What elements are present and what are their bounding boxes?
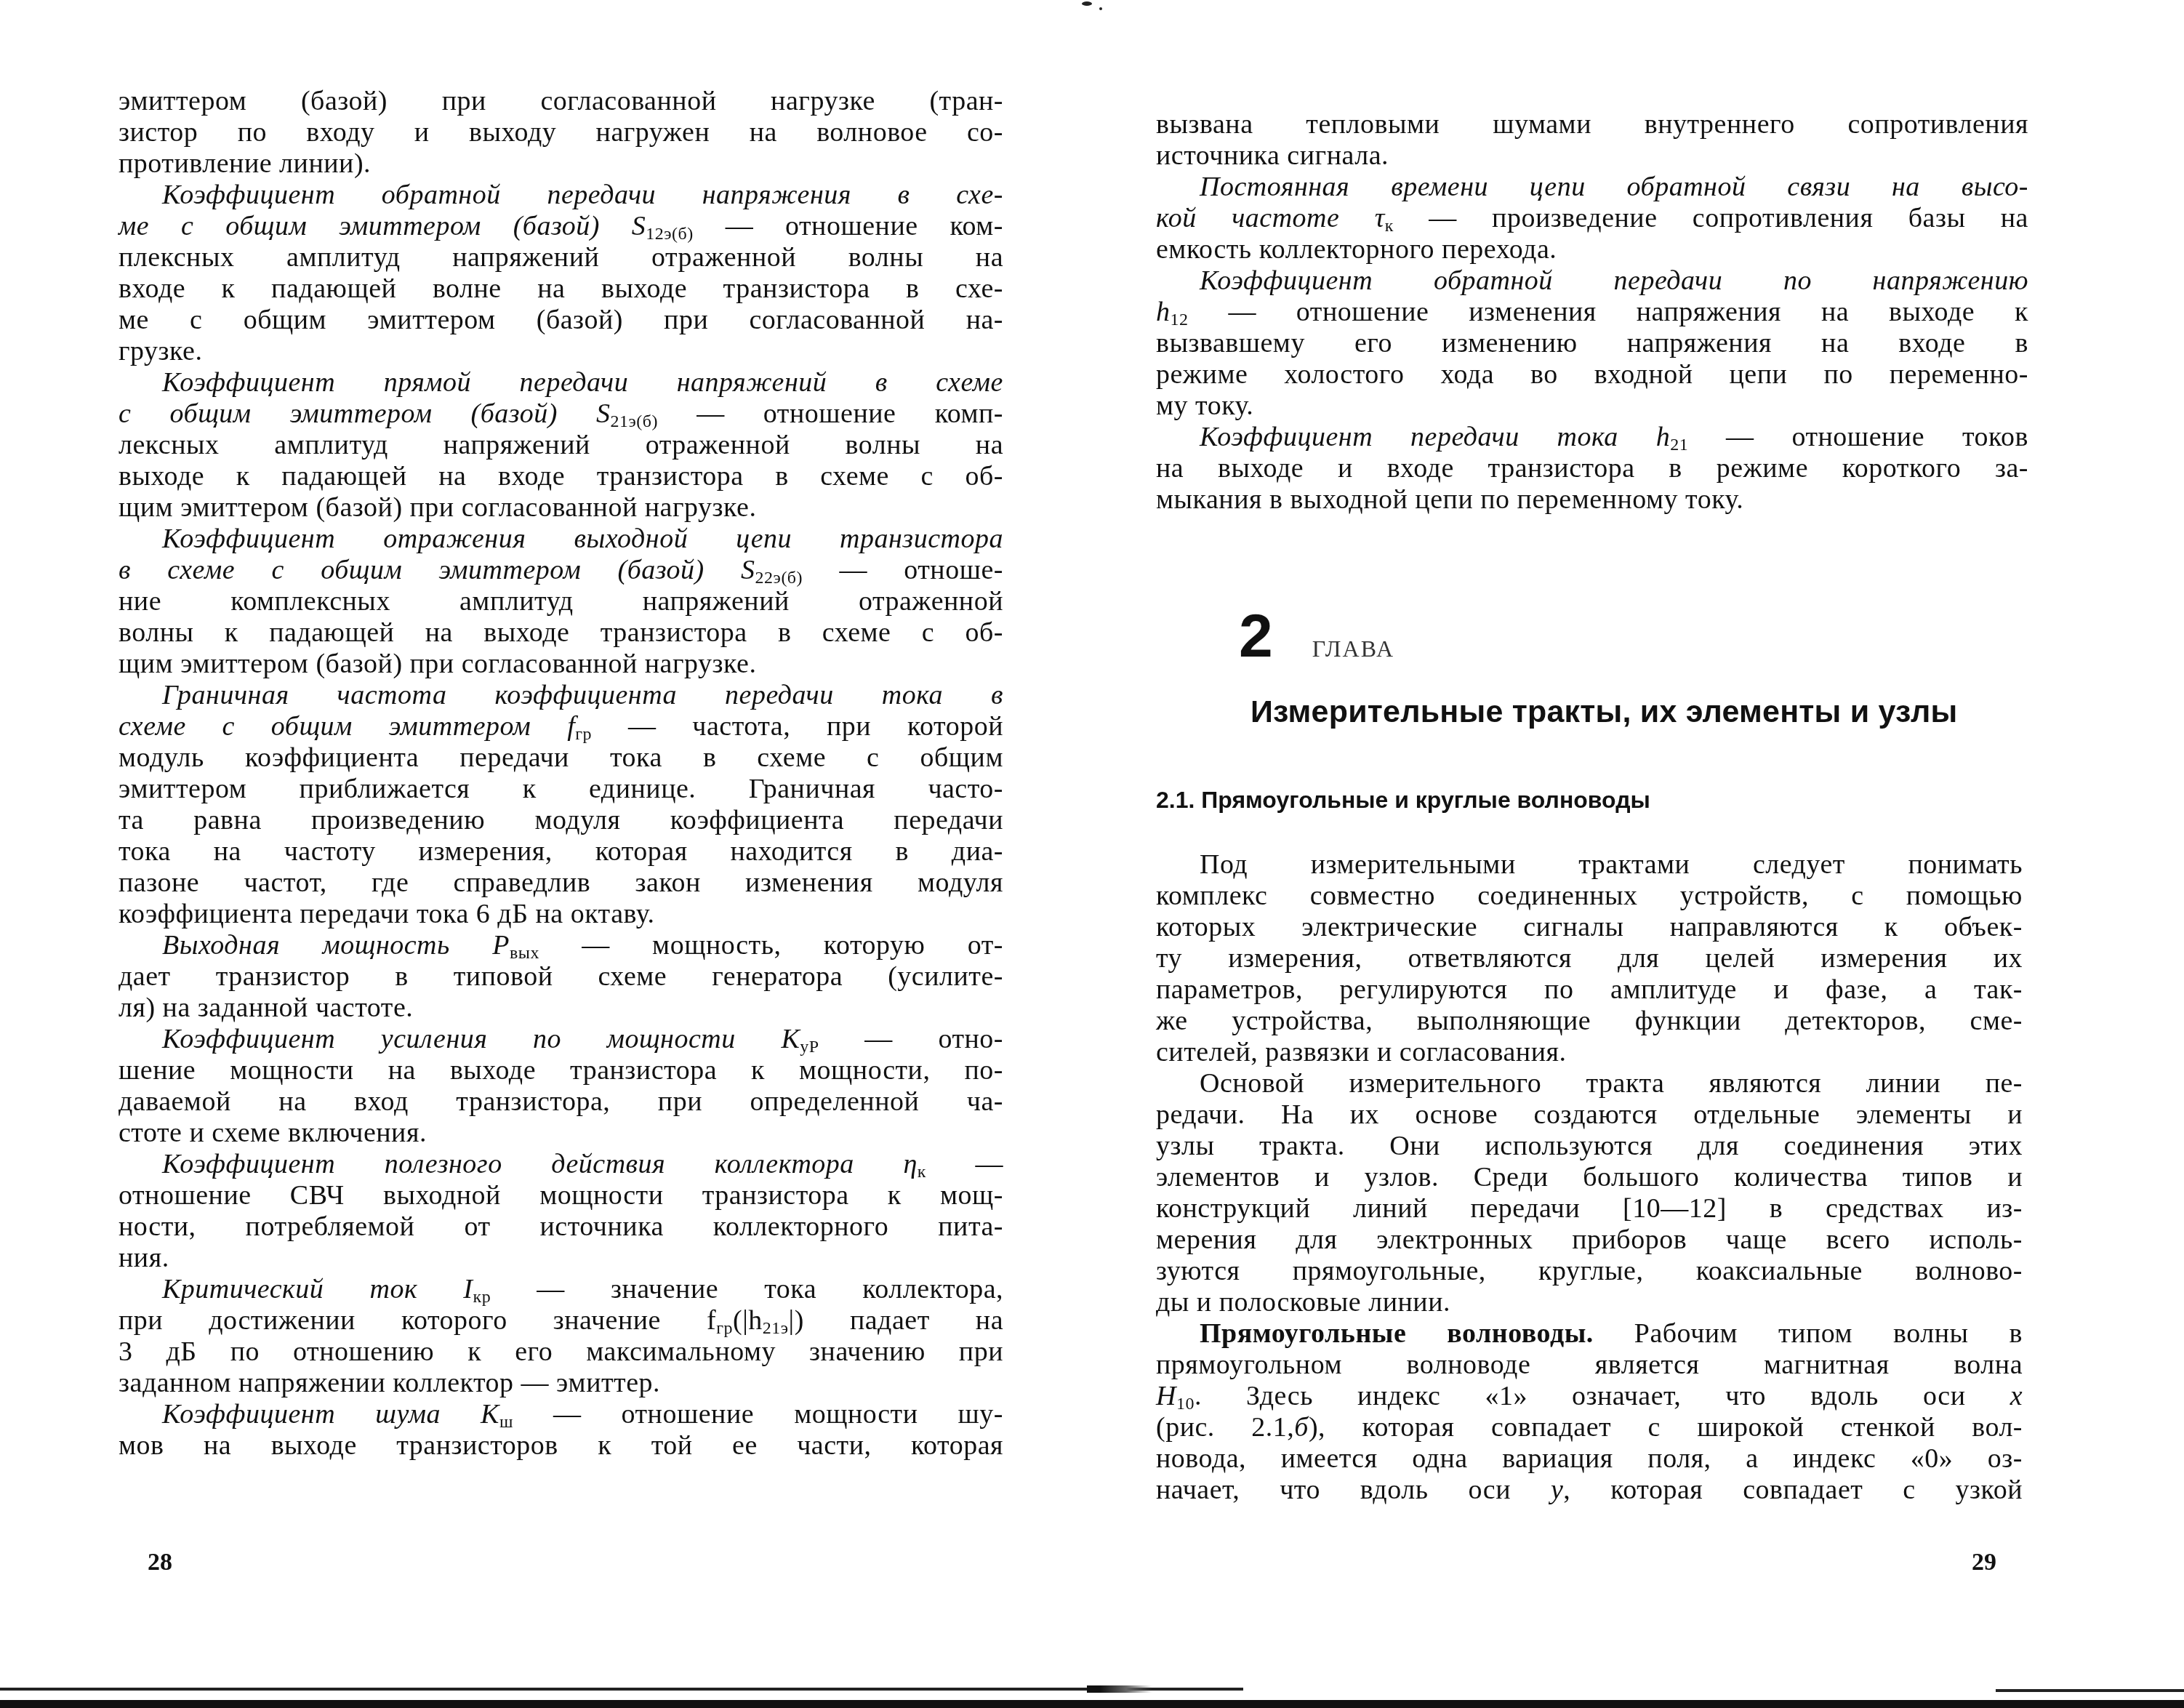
text-line: выходе к падающей на входе транзистора в… (119, 461, 1003, 492)
line-text: — произведение сопротивления базы на (1394, 203, 2028, 233)
line-text: эмиттером приближается к единице. Гранич… (119, 774, 1003, 804)
text-line: ту измерения, ответвляются для целей изм… (1156, 943, 2023, 974)
paragraph: вызвана тепловыми шумами внутреннего соп… (1156, 109, 2028, 172)
line-text: щим эмиттером (базой) при согласованной … (119, 649, 756, 679)
line-text: волны к падающей на выходе транзистора в… (119, 617, 1003, 648)
scan-edge-shadow (0, 1688, 1243, 1691)
text-line: в схеме с общим эмиттером (базой) S22э(б… (119, 555, 1003, 586)
text-line: щим эмиттером (базой) при согласованной … (119, 649, 1003, 680)
paragraph: Коэффициент полезного действия коллектор… (119, 1149, 1003, 1274)
line-text: входе к падающей волне на выходе транзис… (119, 273, 1003, 304)
text-line: эмиттером (базой) при согласованной нагр… (119, 86, 1003, 117)
subscript: 12э(б) (646, 225, 694, 244)
subscript: 21э (763, 1319, 789, 1338)
paragraph: Коэффициент прямой передачи напряжений в… (119, 367, 1003, 524)
line-text: комплекс совместно соединенных устройств… (1156, 881, 2023, 911)
text-line: противление линии). (119, 148, 1003, 180)
right-page-body-text: Под измерительными трактами следует пони… (1156, 849, 2023, 1506)
line-text: ту измерения, ответвляются для целей изм… (1156, 943, 2023, 974)
scan-bottom-border (0, 1700, 2184, 1708)
text-line: схеме с общим эмиттером fгр — частота, п… (119, 711, 1003, 742)
text-line: ме с общим эмиттером (базой) при согласо… (119, 305, 1003, 336)
subscript: 22э(б) (755, 569, 803, 588)
paragraph: Прямоугольные волноводы. Рабочим типом в… (1156, 1318, 2023, 1506)
scan-artifact (1087, 1685, 1152, 1693)
text-line: прямоугольном волноводе является магнитн… (1156, 1350, 2023, 1381)
term-italic: Критический ток I (162, 1274, 473, 1304)
text-line: пазоне частот, где справедлив закон изме… (119, 867, 1003, 899)
line-text: тока на частоту измерения, которая наход… (119, 836, 1003, 867)
text-line: режиме холостого хода во входной цепи по… (1156, 359, 2028, 390)
subscript: вых (510, 944, 539, 963)
text-line: вызвана тепловыми шумами внутреннего соп… (1156, 109, 2028, 140)
text-line: Коэффициент шума Kш — отношение мощности… (119, 1399, 1003, 1430)
page-number-left: 28 (148, 1549, 172, 1576)
text-line: мерения для электронных приборов чаще вс… (1156, 1224, 2023, 1256)
text-line: узлы тракта. Они используются для соедин… (1156, 1131, 2023, 1162)
line-text: режиме холостого хода во входной цепи по… (1156, 359, 2028, 390)
line-text: шение мощности на выходе транзистора к м… (119, 1055, 1003, 1086)
text-line: (рис. 2.1,б), которая совпадает с широко… (1156, 1412, 2023, 1443)
text-line: емкость коллекторного перехода. (1156, 234, 2028, 265)
line-text: ме с общим эмиттером (базой) при согласо… (119, 305, 1003, 335)
text-line: начает, что вдоль оси y, которая совпада… (1156, 1475, 2023, 1506)
line-text: лексных амплитуд напряжений отраженной в… (119, 430, 1003, 460)
subscript: ш (499, 1413, 513, 1432)
paragraph: Постоянная времени цепи обратной связи н… (1156, 172, 2028, 265)
chapter-number: 2 (1239, 605, 1273, 666)
line-text: щим эмиттером (базой) при согласованной … (119, 492, 756, 523)
text-line: ля) на заданной частоте. (119, 993, 1003, 1024)
term-italic: Коэффициент усиления по мощности K (162, 1024, 800, 1054)
line-text: — отношение токов (1688, 422, 2028, 452)
text-line: редачи. На их основе создаются отдельные… (1156, 1099, 2023, 1131)
term-italic: Коэффициент обратной передачи напряжения… (162, 180, 1003, 210)
term-italic: Коэффициент передачи тока h (1200, 422, 1670, 452)
text-line: Выходная мощность Pвых — мощность, котор… (119, 930, 1003, 961)
line-text: узлы тракта. Они используются для соедин… (1156, 1131, 2023, 1161)
text-line: лексных амплитуд напряжений отраженной в… (119, 430, 1003, 461)
text-line: Коэффициент передачи тока h21 — отношени… (1156, 422, 2028, 453)
line-text: дает транзистор в типовой схеме генерато… (119, 961, 1003, 992)
page-number-right: 29 (1972, 1549, 1996, 1576)
subscript: к (1385, 217, 1394, 236)
line-text: — отношение мощности шу- (513, 1399, 1003, 1430)
text-line: h12 — отношение изменения напряжения на … (1156, 297, 2028, 328)
line-text: же устройства, выполняющие функции детек… (1156, 1006, 2023, 1036)
term-italic: Коэффициент прямой передачи напряжений в… (162, 367, 1003, 398)
line-text: начает, что вдоль оси (1156, 1475, 1551, 1505)
subscript: кр (473, 1288, 491, 1307)
text-line: при достижении которого значение fгр(|h2… (119, 1305, 1003, 1336)
line-text: — отношение ком- (694, 211, 1003, 241)
text-line: H10. Здесь индекс «1» означает, что вдол… (1156, 1381, 2023, 1412)
line-text: выходе к падающей на входе транзистора в… (119, 461, 1003, 492)
line-text: — отноше- (803, 555, 1003, 585)
paragraph: Коэффициент отражения выходной цепи тран… (119, 524, 1003, 680)
chapter-label: ГЛАВА (1312, 636, 1394, 662)
section-title: 2.1. Прямоугольные и круглые волноводы (1156, 787, 1650, 814)
paragraph: Под измерительными трактами следует пони… (1156, 849, 2023, 1068)
term-italic: кой частоте τ (1156, 203, 1385, 233)
text-line: которых электрические сигналы направляют… (1156, 912, 2023, 943)
paragraph: Коэффициент передачи тока h21 — отношени… (1156, 422, 2028, 516)
line-text: пазоне частот, где справедлив закон изме… (119, 867, 1003, 898)
text-line: отношение СВЧ выходной мощности транзист… (119, 1180, 1003, 1211)
paragraph: Коэффициент усиления по мощности KуP — о… (119, 1024, 1003, 1149)
line-text: — отношение комп- (658, 398, 1003, 429)
line-text: коэффициента передачи тока 6 дБ на октав… (119, 899, 654, 929)
chapter-heading: 2 ГЛАВА (1239, 605, 1394, 666)
paragraph: Основой измерительного тракта являются л… (1156, 1068, 2023, 1318)
text-line: на выходе и входе транзистора в режиме к… (1156, 453, 2028, 484)
text-line: параметров, регулируются по амплитуде и … (1156, 974, 2023, 1006)
text-line: мыкания в выходной цепи по переменному т… (1156, 484, 2028, 516)
term-italic: с общим эмиттером (базой) S (119, 398, 611, 429)
term-italic: ме с общим эмиттером (базой) S (119, 211, 646, 241)
line-text: модуль коэффициента передачи тока в схем… (119, 742, 1003, 773)
line-text: Рабочим типом волны в (1594, 1318, 2023, 1349)
text-line: ние комплексных амплитуд напряжений отра… (119, 586, 1003, 617)
line-text: мерения для электронных приборов чаще вс… (1156, 1224, 2023, 1255)
text-line: ме с общим эмиттером (базой) S12э(б) — о… (119, 211, 1003, 242)
line-text: Основой измерительного тракта являются л… (1200, 1068, 2023, 1099)
line-text: конструкций линий передачи [10—12] в сре… (1156, 1193, 2023, 1224)
text-line: ды и полосковые линии. (1156, 1287, 2023, 1318)
text-line: дает транзистор в типовой схеме генерато… (119, 961, 1003, 993)
text-line: Коэффициент обратной передачи напряжения… (119, 180, 1003, 211)
text-line: Коэффициент обратной передачи по напряже… (1156, 265, 2028, 297)
line-text: 3 дБ по отношению к его максимальному зн… (119, 1336, 1003, 1367)
line-text: Под измерительными трактами следует пони… (1200, 849, 2023, 880)
subscript: 21э(б) (611, 412, 659, 431)
text-line: же устройства, выполняющие функции детек… (1156, 1006, 2023, 1037)
text-line: стоте и схеме включения. (119, 1118, 1003, 1149)
text-line: зуются прямоугольные, круглые, коаксиаль… (1156, 1256, 2023, 1287)
line-text: заданном напряжении коллектор — эмиттер. (119, 1368, 660, 1398)
line-text: — мощность, которую от- (539, 930, 1003, 961)
line-text: . Здесь индекс «1» означает, что вдоль о… (1195, 1381, 2010, 1411)
right-page: вызвана тепловыми шумами внутреннего соп… (1091, 0, 2184, 1708)
line-text: на выходе и входе транзистора в режиме к… (1156, 453, 2028, 484)
text-line: заданном напряжении коллектор — эмиттер. (119, 1368, 1003, 1399)
text-line: волны к падающей на выходе транзистора в… (119, 617, 1003, 649)
line-text: |) падает на (789, 1305, 1003, 1336)
line-text: плексных амплитуд напряжений отраженной … (119, 242, 1003, 273)
text-line: грузке. (119, 336, 1003, 367)
paragraph: Граничная частота коэффициента передачи … (119, 680, 1003, 930)
line-text: — отно- (819, 1024, 1003, 1054)
text-line: та равна произведению модуля коэффициент… (119, 805, 1003, 836)
line-text: новода, имеется одна вариация поля, а ин… (1156, 1443, 2023, 1474)
subscript: 21 (1670, 436, 1688, 454)
term-italic: Граничная частота коэффициента передачи … (162, 680, 1003, 710)
text-line: Коэффициент полезного действия коллектор… (119, 1149, 1003, 1180)
line-text: — значение тока коллектора, (491, 1274, 1003, 1304)
line-text: — (926, 1149, 1003, 1179)
text-line: тока на частоту измерения, которая наход… (119, 836, 1003, 867)
line-text: источника сигнала. (1156, 140, 1389, 171)
line-text: ности, потребляемой от источника коллект… (119, 1211, 1003, 1242)
text-line: кой частоте τк — произведение сопротивле… (1156, 203, 2028, 234)
line-text: — частота, при которой (592, 711, 1003, 742)
line-text: стоте и схеме включения. (119, 1118, 427, 1148)
line-text: , которая совпадает с узкой (1563, 1475, 2023, 1505)
term-italic: H (1156, 1381, 1176, 1411)
text-line: мов на выходе транзисторов к той ее част… (119, 1430, 1003, 1462)
line-text: та равна произведению модуля коэффициент… (119, 805, 1003, 835)
chapter-title: Измерительные тракты, их элементы и узлы (1250, 694, 1957, 730)
line-text: даваемой на вход транзистора, при опреде… (119, 1086, 1003, 1117)
line-text: вызвавшему его изменению напряжения на в… (1156, 328, 2028, 358)
line-text: редачи. На их основе создаются отдельные… (1156, 1099, 2023, 1130)
subscript: к (918, 1163, 926, 1182)
subscript: гр (716, 1319, 733, 1338)
line-text: ды и полосковые линии. (1156, 1287, 1450, 1318)
text-line: комплекс совместно соединенных устройств… (1156, 881, 2023, 912)
text-line: конструкций линий передачи [10—12] в сре… (1156, 1193, 2023, 1224)
variable-italic: y (1551, 1475, 1563, 1505)
term-italic: Коэффициент шума K (162, 1399, 499, 1430)
text-line: 3 дБ по отношению к его максимальному зн… (119, 1336, 1003, 1368)
right-page-top-text: вызвана тепловыми шумами внутреннего соп… (1156, 109, 2028, 516)
paragraph: эмиттером (базой) при согласованной нагр… (119, 86, 1003, 180)
line-text: мов на выходе транзисторов к той ее част… (119, 1430, 1003, 1461)
line-text: ния. (119, 1243, 169, 1273)
line-text: сителей, развязки и согласования. (1156, 1037, 1566, 1067)
text-line: с общим эмиттером (базой) S21э(б) — отно… (119, 398, 1003, 430)
text-line: Коэффициент усиления по мощности KуP — о… (119, 1024, 1003, 1055)
line-text: мыкания в выходной цепи по переменному т… (1156, 484, 1743, 515)
term-italic: Коэффициент обратной передачи по напряже… (1200, 265, 2028, 296)
text-line: шение мощности на выходе транзистора к м… (119, 1055, 1003, 1086)
left-page: эмиттером (базой) при согласованной нагр… (0, 0, 1091, 1708)
text-line: Коэффициент отражения выходной цепи тран… (119, 524, 1003, 555)
line-text: ), которая совпадает с широкой стенкой в… (1309, 1412, 2023, 1443)
text-line: Граничная частота коэффициента передачи … (119, 680, 1003, 711)
term-italic: в схеме с общим эмиттером (базой) S (119, 555, 755, 585)
line-text: му току. (1156, 390, 1253, 421)
line-text: зуются прямоугольные, круглые, коаксиаль… (1156, 1256, 2023, 1286)
paragraph: Критический ток Iкр — значение тока колл… (119, 1274, 1003, 1399)
text-line: плексных амплитуд напряжений отраженной … (119, 242, 1003, 273)
text-line: модуль коэффициента передачи тока в схем… (119, 742, 1003, 774)
paragraph: Коэффициент шума Kш — отношение мощности… (119, 1399, 1003, 1462)
line-text: элементов и узлов. Среди большого количе… (1156, 1162, 2023, 1192)
text-line: Прямоугольные волноводы. Рабочим типом в… (1156, 1318, 2023, 1350)
variable-italic: б (1294, 1412, 1309, 1443)
paragraph: Выходная мощность Pвых — мощность, котор… (119, 930, 1003, 1024)
text-line: вызвавшему его изменению напряжения на в… (1156, 328, 2028, 359)
line-text: противление линии). (119, 148, 371, 179)
scan-edge-shadow-right (1996, 1689, 2184, 1692)
text-line: Основой измерительного тракта являются л… (1156, 1068, 2023, 1099)
subscript: уP (800, 1038, 819, 1057)
text-line: новода, имеется одна вариация поля, а ин… (1156, 1443, 2023, 1475)
line-text: отношение СВЧ выходной мощности транзист… (119, 1180, 1003, 1211)
line-text: (рис. 2.1, (1156, 1412, 1294, 1443)
text-line: источника сигнала. (1156, 140, 2028, 172)
subscript: 12 (1171, 310, 1189, 329)
text-line: зистор по входу и выходу нагружен на вол… (119, 117, 1003, 148)
text-line: Критический ток Iкр — значение тока колл… (119, 1274, 1003, 1305)
line-text: грузке. (119, 336, 202, 366)
text-line: ния. (119, 1243, 1003, 1274)
text-line: сителей, развязки и согласования. (1156, 1037, 2023, 1068)
bold-term: Прямоугольные волноводы. (1200, 1318, 1594, 1349)
term-italic: Выходная мощность P (162, 930, 510, 961)
term-italic: Постоянная времени цепи обратной связи н… (1200, 172, 2028, 202)
text-line: входе к падающей волне на выходе транзис… (119, 273, 1003, 305)
subscript: гр (575, 725, 592, 744)
text-line: даваемой на вход транзистора, при опреде… (119, 1086, 1003, 1118)
text-line: Коэффициент прямой передачи напряжений в… (119, 367, 1003, 398)
line-text: вызвана тепловыми шумами внутреннего соп… (1156, 109, 2028, 140)
scan-speck (1099, 7, 1102, 10)
line-text: — отношение изменения напряжения на выхо… (1189, 297, 2029, 327)
paragraph: Коэффициент обратной передачи напряжения… (119, 180, 1003, 367)
line-text: (|h (733, 1305, 763, 1336)
scan-speck (1082, 1, 1092, 6)
line-text: эмиттером (базой) при согласованной нагр… (119, 86, 1003, 116)
text-line: коэффициента передачи тока 6 дБ на октав… (119, 899, 1003, 930)
line-text: параметров, регулируются по амплитуде и … (1156, 974, 2023, 1005)
line-text: емкость коллекторного перехода. (1156, 234, 1557, 265)
subscript: 10 (1176, 1395, 1195, 1414)
text-line: ности, потребляемой от источника коллект… (119, 1211, 1003, 1243)
line-text: при достижении которого значение f (119, 1305, 716, 1336)
term-italic: схеме с общим эмиттером f (119, 711, 575, 742)
line-text: прямоугольном волноводе является магнитн… (1156, 1350, 2023, 1380)
text-line: Под измерительными трактами следует пони… (1156, 849, 2023, 881)
variable-italic: x (2010, 1381, 2023, 1411)
term-italic: Коэффициент отражения выходной цепи тран… (162, 524, 1003, 554)
text-line: му току. (1156, 390, 2028, 422)
term-italic: Коэффициент полезного действия коллектор… (162, 1149, 918, 1179)
line-text: которых электрические сигналы направляют… (1156, 912, 2023, 942)
text-line: Постоянная времени цепи обратной связи н… (1156, 172, 2028, 203)
text-line: элементов и узлов. Среди большого количе… (1156, 1162, 2023, 1193)
text-line: эмиттером приближается к единице. Гранич… (119, 774, 1003, 805)
left-page-text: эмиттером (базой) при согласованной нагр… (119, 86, 1003, 1462)
line-text: ние комплексных амплитуд напряжений отра… (119, 586, 1003, 617)
paragraph: Коэффициент обратной передачи по напряже… (1156, 265, 2028, 422)
term-italic: h (1156, 297, 1171, 327)
text-line: щим эмиттером (базой) при согласованной … (119, 492, 1003, 524)
line-text: зистор по входу и выходу нагружен на вол… (119, 117, 1003, 148)
line-text: ля) на заданной частоте. (119, 993, 413, 1023)
